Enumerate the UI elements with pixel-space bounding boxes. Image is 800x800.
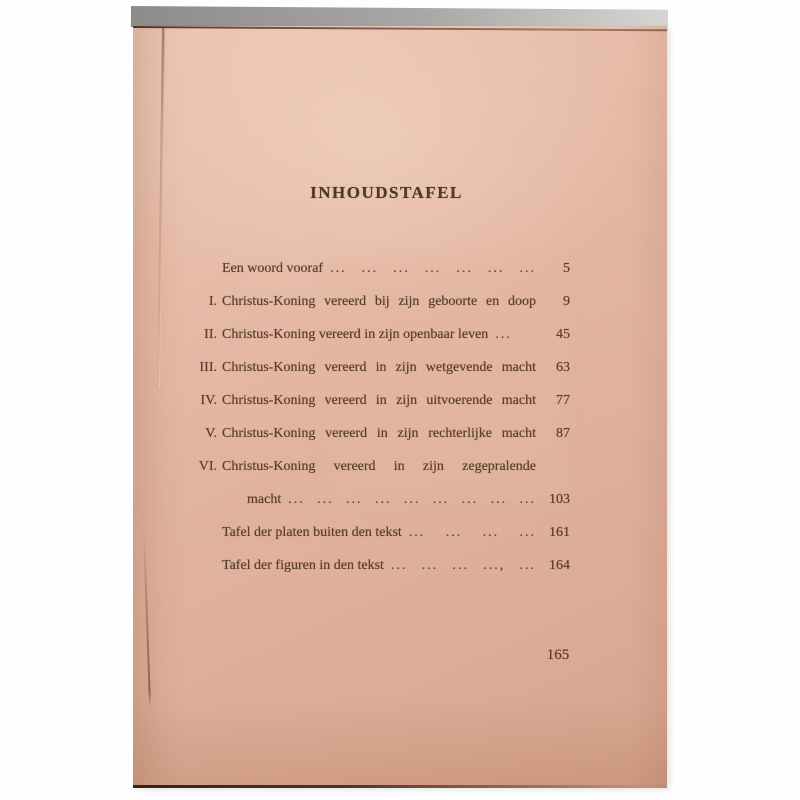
toc-entry-label: Christus-Koning vereerd in zijn rechterl…: [222, 424, 536, 443]
toc-entry-page: 63: [542, 358, 570, 377]
folio-page-number: 165: [518, 647, 598, 664]
dot-leader: ... ... ... ... ... ... ...: [330, 259, 536, 278]
page-title: INHOUDSTAFEL: [203, 183, 570, 203]
book-page: INHOUDSTAFEL Een woord vooraf ... ... ..…: [133, 26, 667, 788]
toc-entry-label: Christus-Koning vereerd in zijn uitvoere…: [222, 391, 536, 410]
toc-entry-page: 164: [542, 556, 570, 575]
page-top-edge: [133, 26, 667, 31]
toc-entry-numeral: V.: [185, 424, 222, 443]
toc-entry-page: 87: [542, 424, 570, 443]
toc-entry-numeral: II.: [185, 325, 222, 344]
dot-leader: ...: [495, 325, 536, 344]
toc-entry-page: 77: [542, 391, 570, 410]
scanned-book-photo: INHOUDSTAFEL Een woord vooraf ... ... ..…: [0, 0, 800, 800]
dot-leader: ... ... ... ..., ...: [391, 556, 536, 575]
toc-entry-label: Tafel der figuren in den tekst: [222, 556, 384, 575]
toc-entry-chapter-2: II. Christus-Koning vereerd in zijn open…: [185, 325, 570, 358]
toc-entry-chapter-3: III. Christus-Koning vereerd in zijn wet…: [185, 358, 570, 391]
toc-entry-page: 161: [542, 523, 570, 542]
toc-entry-page: 5: [542, 259, 570, 278]
toc-entry-page: 103: [542, 490, 570, 509]
toc-entries: Een woord vooraf ... ... ... ... ... ...…: [185, 259, 570, 589]
toc-entry-page: 9: [542, 292, 570, 311]
page-crease-lower: [143, 531, 151, 706]
dot-leader: ... ... ... ... ... ... ... ... ...: [288, 490, 536, 509]
toc-entry-page: 45: [542, 325, 570, 344]
toc-entry-numeral: VI.: [185, 457, 222, 476]
toc-entry-chapter-6-line-1: VI. Christus-Koning vereerd in zijn zege…: [185, 457, 570, 490]
toc-entry-label: macht: [247, 490, 281, 509]
page-bottom-edge: [133, 785, 667, 788]
page-crease-upper: [157, 28, 165, 388]
toc-entry-chapter-4: IV. Christus-Koning vereerd in zijn uitv…: [185, 391, 570, 424]
toc-entry-label: Christus-Koning vereerd in zijn wetgeven…: [222, 358, 536, 377]
dot-leader: ... ... ... ...: [409, 523, 536, 542]
toc-entry-chapter-5: V. Christus-Koning vereerd in zijn recht…: [185, 424, 570, 457]
toc-entry-label: Een woord vooraf: [222, 259, 323, 278]
toc-entry-label: Christus-Koning vereerd bij zijn geboort…: [222, 292, 536, 311]
toc-entry-numeral: III.: [185, 358, 222, 377]
toc-entry-chapter-6-line-2: macht ... ... ... ... ... ... ... ... ..…: [185, 490, 570, 523]
toc-entry-label: Tafel der platen buiten den tekst: [222, 523, 402, 542]
toc-entry-tafel-platen: Tafel der platen buiten den tekst ... ..…: [185, 523, 570, 556]
toc-entry-voorwoord: Een woord vooraf ... ... ... ... ... ...…: [185, 259, 570, 292]
toc-entry-chapter-1: I. Christus-Koning vereerd bij zijn gebo…: [185, 292, 570, 325]
toc-entry-label: Christus-Koning vereerd in zijn zegepral…: [222, 457, 536, 476]
toc-entry-numeral: I.: [185, 292, 222, 311]
toc-entry-numeral: IV.: [185, 391, 222, 410]
toc-entry-label: Christus-Koning vereerd in zijn openbaar…: [222, 325, 488, 344]
toc-entry-tafel-figuren: Tafel der figuren in den tekst ... ... .…: [185, 556, 570, 589]
table-of-contents: INHOUDSTAFEL Een woord vooraf ... ... ..…: [185, 183, 570, 589]
